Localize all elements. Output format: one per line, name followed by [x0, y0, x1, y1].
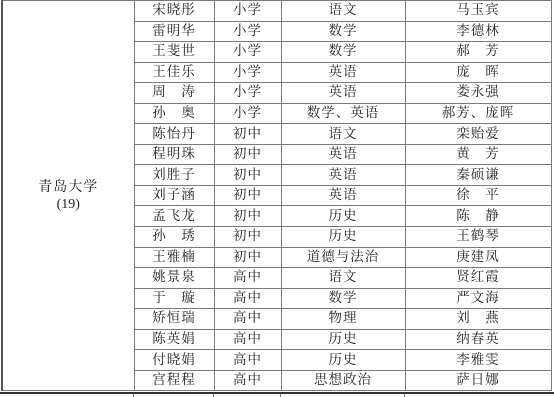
school-level: 小学	[214, 103, 281, 124]
mentor-name: 栾贻爱	[405, 124, 551, 145]
school-level: 小学	[214, 42, 281, 63]
school-level: 初中	[214, 185, 281, 206]
student-name: 陈怡丹	[134, 124, 214, 145]
student-name: 程明珠	[134, 144, 214, 165]
mentor-name: 贤红霞	[405, 268, 551, 289]
school-level: 初中	[214, 206, 281, 227]
student-name: 周 涛	[134, 83, 214, 104]
school-name: 青岛大学	[38, 179, 98, 195]
school-level: 高中	[214, 288, 281, 309]
student-name: 矫恒瑞	[134, 309, 214, 330]
student-name: 于 璇	[134, 288, 214, 309]
mentor-name: 郝 芳	[405, 42, 551, 63]
mentor-name: 李雅雯	[405, 350, 551, 371]
subject: 英语	[281, 144, 405, 165]
student-name: 陈英娟	[134, 329, 214, 350]
student-name: 姚景泉	[134, 268, 214, 289]
subject: 语文	[281, 1, 405, 22]
mentor-name: 陈 静	[405, 206, 551, 227]
subject: 数学	[281, 42, 405, 63]
subject: 英语	[281, 83, 405, 104]
student-name: 孙 奥	[134, 103, 214, 124]
school-count: (19)	[3, 196, 134, 214]
subject: 历史	[281, 227, 405, 248]
mentor-name: 秦硕谦	[405, 165, 551, 186]
school-level: 高中	[214, 268, 281, 289]
subject: 历史	[281, 350, 405, 371]
school-cell: 青岛大学 (19)	[2, 1, 134, 391]
mentor-name: 刘 燕	[405, 309, 551, 330]
school-level: 高中	[214, 309, 281, 330]
student-name: 付晓娟	[134, 350, 214, 371]
table-bottom-border	[0, 392, 554, 394]
student-name: 王佳乐	[134, 62, 214, 83]
mentor-name: 萨日娜	[405, 370, 551, 391]
mentor-name: 徐 平	[405, 185, 551, 206]
mentor-name: 庚建凤	[405, 247, 551, 268]
table-body: 青岛大学 (19) 宋晓彤 小学 语文 马玉宾 雷明华 小学 数学 李德林 王斐…	[2, 1, 551, 391]
student-name: 宫程程	[134, 370, 214, 391]
table-row: 青岛大学 (19) 宋晓彤 小学 语文 马玉宾	[2, 1, 551, 22]
student-name: 刘子涵	[134, 185, 214, 206]
mentor-name: 黄 芳	[405, 144, 551, 165]
subject: 数学	[281, 288, 405, 309]
student-name: 刘胜子	[134, 165, 214, 186]
mentor-name: 王鹤琴	[405, 227, 551, 248]
subject: 数学	[281, 21, 405, 42]
school-level: 高中	[214, 370, 281, 391]
mentor-name: 马玉宾	[405, 1, 551, 22]
subject: 语文	[281, 268, 405, 289]
student-name: 孙 琇	[134, 227, 214, 248]
mentor-name: 庞 晖	[405, 62, 551, 83]
student-name: 王斐世	[134, 42, 214, 63]
school-level: 小学	[214, 62, 281, 83]
mentor-name: 纳春英	[405, 329, 551, 350]
student-name: 孟飞龙	[134, 206, 214, 227]
student-mentor-table: 青岛大学 (19) 宋晓彤 小学 语文 马玉宾 雷明华 小学 数学 李德林 王斐…	[1, 0, 552, 391]
mentor-name: 郝芳、庞晖	[405, 103, 551, 124]
school-level: 小学	[214, 21, 281, 42]
subject: 英语	[281, 185, 405, 206]
subject: 英语	[281, 165, 405, 186]
subject: 道德与法治	[281, 247, 405, 268]
student-name: 王雅楠	[134, 247, 214, 268]
subject: 历史	[281, 206, 405, 227]
school-level: 初中	[214, 247, 281, 268]
school-level: 初中	[214, 227, 281, 248]
subject: 思想政治	[281, 370, 405, 391]
student-name: 宋晓彤	[134, 1, 214, 22]
school-level: 初中	[214, 165, 281, 186]
mentor-name: 严文海	[405, 288, 551, 309]
school-level: 小学	[214, 83, 281, 104]
school-level: 小学	[214, 1, 281, 22]
subject: 历史	[281, 329, 405, 350]
subject: 数学、英语	[281, 103, 405, 124]
mentor-name: 娄永强	[405, 83, 551, 104]
school-level: 高中	[214, 350, 281, 371]
school-level: 初中	[214, 124, 281, 145]
subject: 物理	[281, 309, 405, 330]
subject: 英语	[281, 62, 405, 83]
school-level: 初中	[214, 144, 281, 165]
subject: 语文	[281, 124, 405, 145]
student-name: 雷明华	[134, 21, 214, 42]
assignment-table-wrapper: 青岛大学 (19) 宋晓彤 小学 语文 马玉宾 雷明华 小学 数学 李德林 王斐…	[1, 0, 550, 391]
school-level: 高中	[214, 329, 281, 350]
mentor-name: 李德林	[405, 21, 551, 42]
